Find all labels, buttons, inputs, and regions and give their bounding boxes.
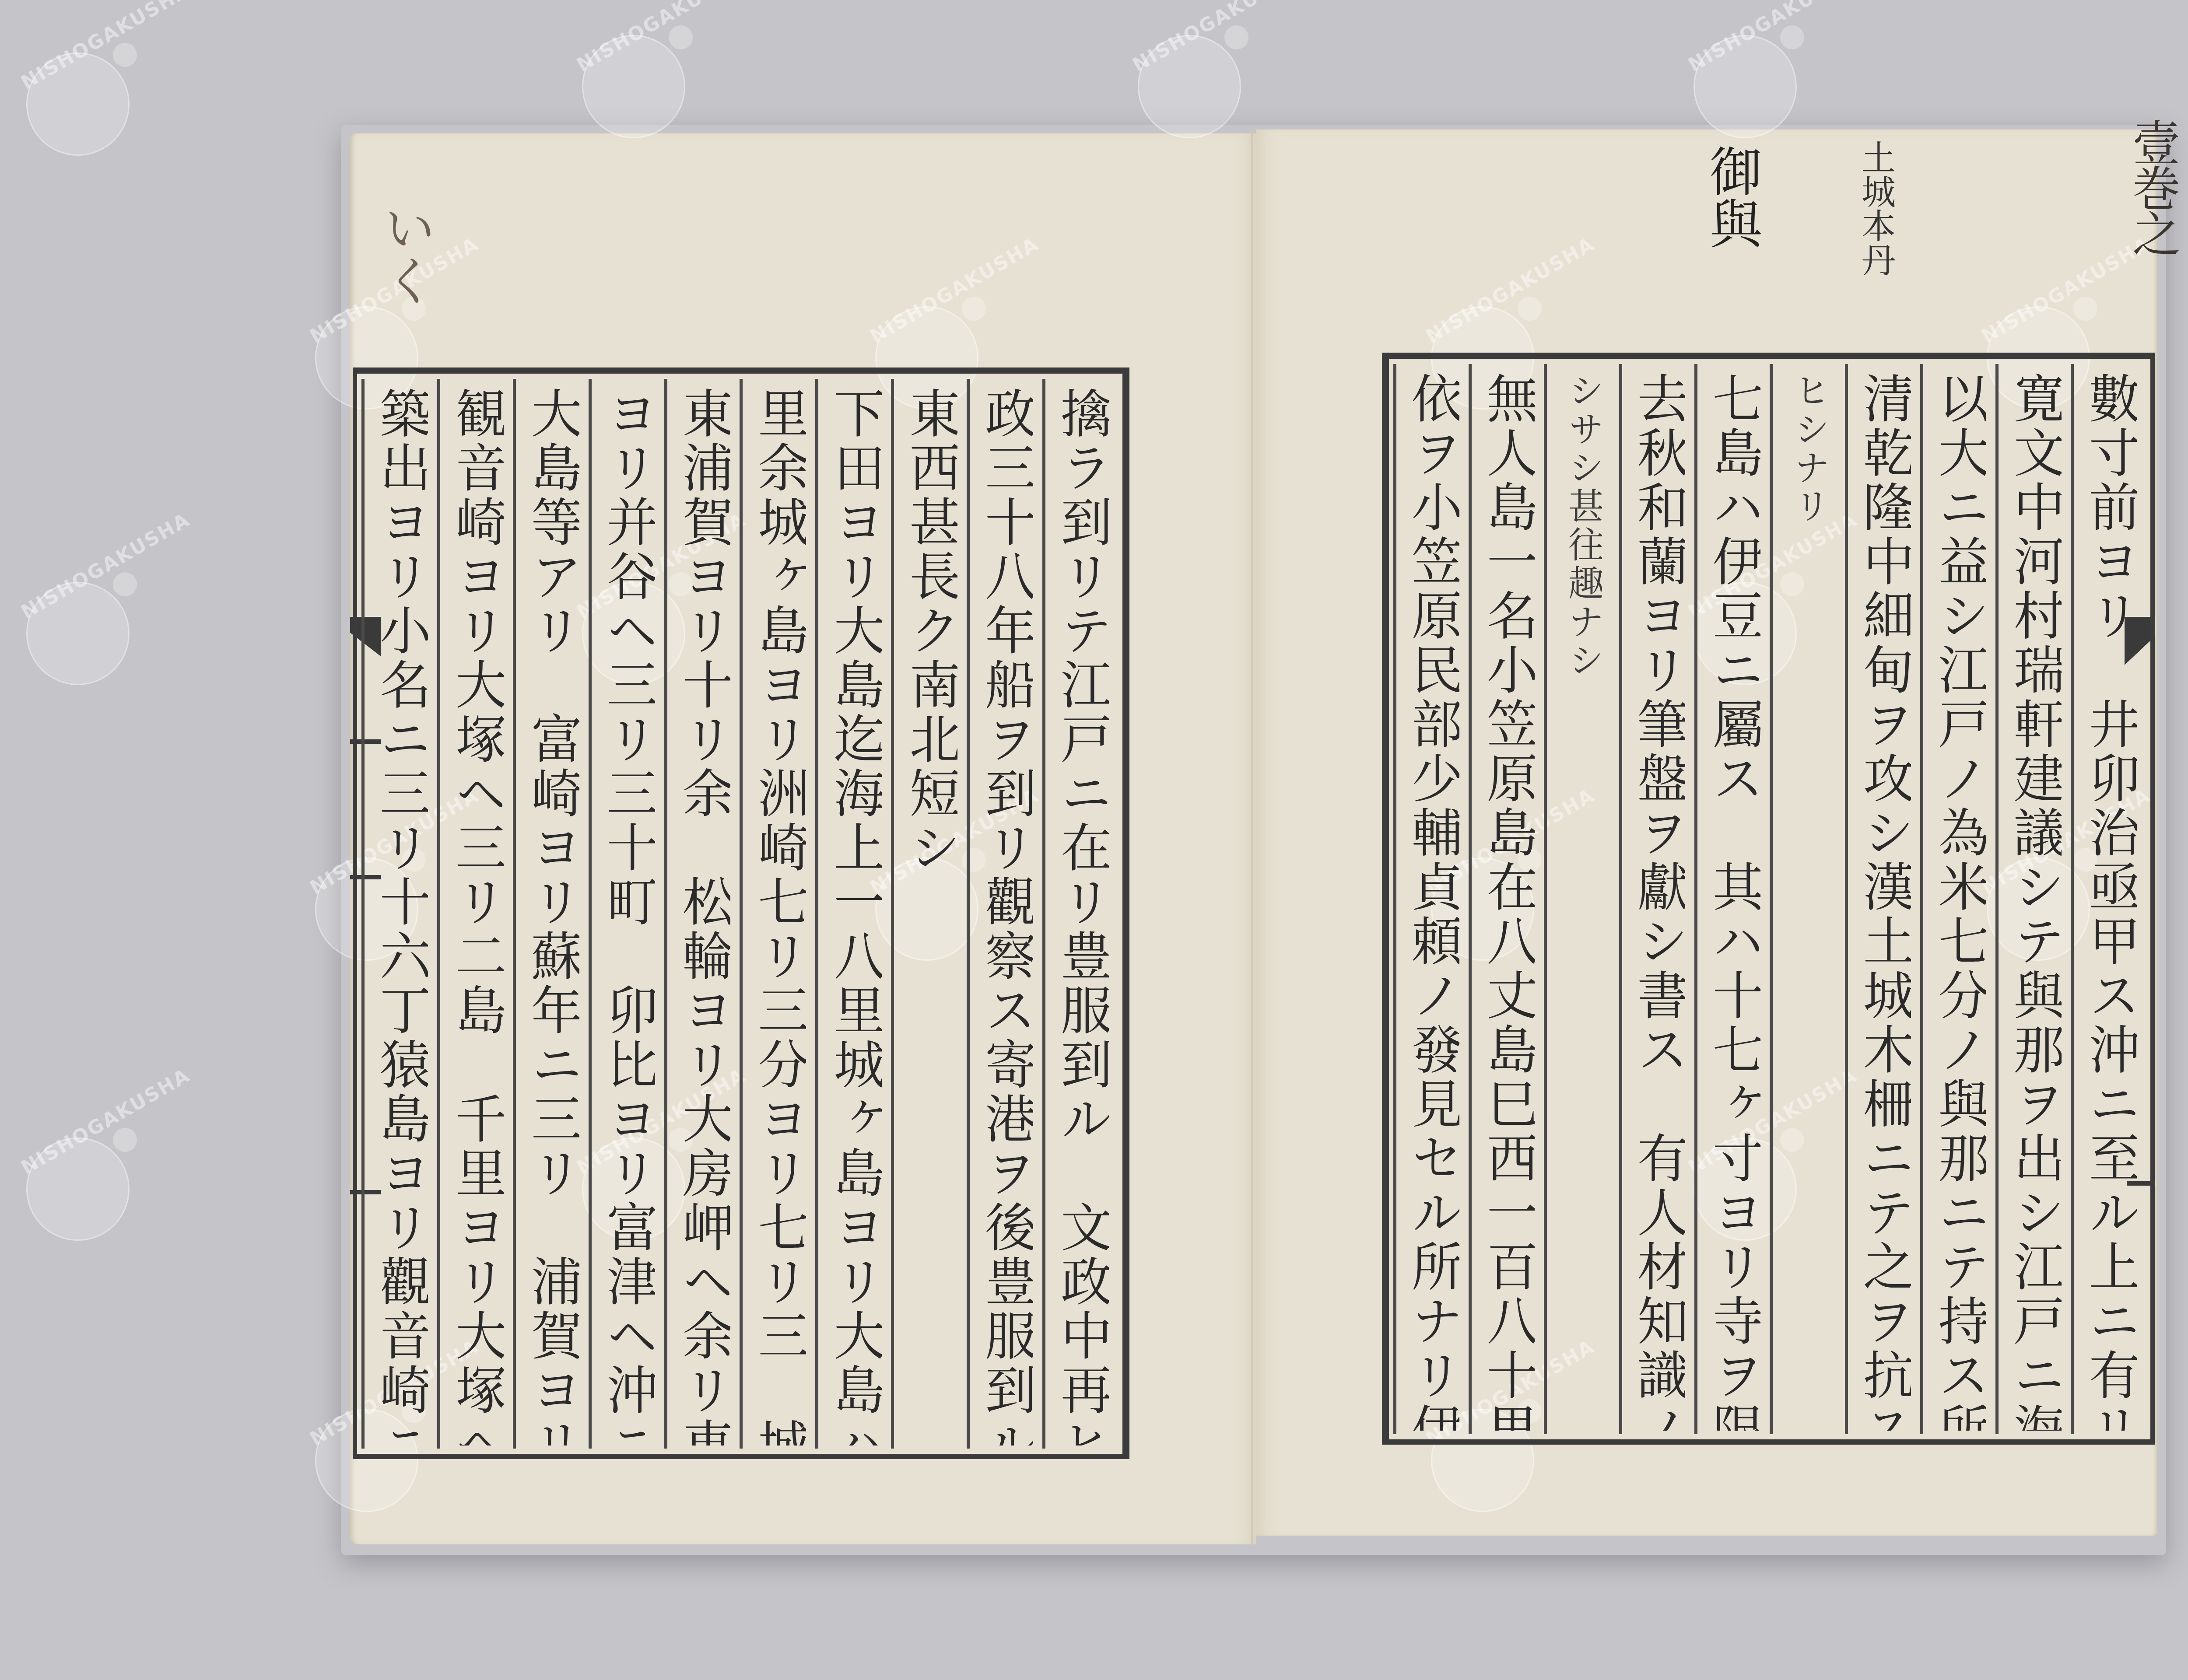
text-column: 以大ニ益シ江戸ノ為米七分ノ與那ニテ持ス所ノ者ナリ — [1920, 364, 1995, 1434]
text-column: 數寸前ヨリ 井卯治亟甲ス沖ニ至ル上ニ有リ — [2071, 364, 2146, 1434]
text-column: 政三十八年船ヲ到リ觀察ス寄港ヲ後豊服到ル 寄佛舟ニ周四十五六里 — [967, 379, 1042, 1449]
text-column: 観音崎ヨリ大塚ヘ三リ二島 千里ヨリ大塚ヘ三リ三町 守地ニリ三十丁余 — [437, 379, 513, 1449]
watermark-logo-icon: NISHOGAKUSHA — [26, 1137, 130, 1241]
watermark-logo-icon: NISHOGAKUSHA — [26, 52, 130, 156]
left-page-text-frame: 擒ラ到リテ江戸ニ在リ豊服到ル 文政中再ヒ長崎ニ来リ港ニ鎮ス 政三十八年船ヲ到リ觀… — [353, 367, 1129, 1459]
text-column: ヨリ并谷ヘ三リ三十町 卯比ヨリ富津ヘ沖ニ出テ大島ヘ相模國大磯島 — [589, 379, 664, 1449]
text-column: 下田ヨリ大島迄海上一八里城ヶ島ヨリ大島ハ凡八 — [815, 379, 891, 1449]
text-column: ヒシナリ — [1770, 364, 1845, 1434]
text-column: 東西甚長ク南北短シ — [891, 379, 967, 1449]
right-page-volume-note: 壹巻之 — [2118, 118, 2187, 255]
left-page-margin-note: いく — [368, 201, 443, 306]
text-column: 擒ラ到リテ江戸ニ在リ豊服到ル 文政中再ヒ長崎ニ来リ港ニ鎮ス — [1042, 379, 1118, 1449]
text-column: 築出ヨリ小名ニ三リ十六丁猿島ヨリ觀音崎ニ一リ深田ヘ二十丁余周囲六百卅間 — [361, 379, 437, 1449]
text-column: 去秋和蘭ヨリ筆盤ヲ獻シ書ス 有人材知識ノ者ヲ以テ界ス — [1619, 364, 1694, 1434]
text-column: 東浦賀ヨリ十リ余 松輪ヨリ大房岬ヘ余リ東浦賀ヨリ七リ夕錦 — [664, 379, 740, 1449]
watermark-logo-icon: NISHOGAKUSHA — [1138, 35, 1241, 138]
text-column: 依ヲ小笠原民部少輔貞頼ノ發見セル所ナリ伊豆ノ南ニ載ス — [1393, 364, 1469, 1434]
right-page-heading-note: 御與 — [1694, 144, 1769, 249]
text-column: 里余城ヶ島ヨリ洲崎七リ三分ヨリ七リ三 城ヶ嶋ヨリ七リ — [740, 379, 815, 1449]
text-column: 無人島一名小笠原島在八丈島巳西一百八十里方禄中信州浮志 — [1469, 364, 1544, 1434]
text-column: 清乾隆中細甸ヲ攻シ漢土城木柵ニテ之ヲ抗スル事鮮シ然シテ大ニ敗ル之事 — [1845, 364, 1920, 1434]
watermark-logo-icon: NISHOGAKUSHA — [582, 35, 685, 138]
right-page-margin-note: 土城本丹 — [1851, 140, 1900, 276]
text-column: 大島等アリ 富崎ヨリ蘇年ニ三リ 浦賀ヨリ神奈川ヘ海奈川ヘ道公 — [513, 379, 589, 1449]
text-column: 寛文中河村瑞軒建議シテ與那ヲ出シ江戸ニ海運シテ大ニ南 — [1995, 364, 2071, 1434]
right-page-text-frame: 數寸前ヨリ 井卯治亟甲ス沖ニ至ル上ニ有リ 寛文中河村瑞軒建議シテ與那ヲ出シ江戸ニ… — [1382, 353, 2155, 1445]
watermark-logo-icon: NISHOGAKUSHA — [26, 582, 130, 685]
text-column: 七島ハ伊豆ニ屬ス 其ハ十七ヶ寸ヨリ寺ヲ限ル — [1694, 364, 1770, 1434]
watermark-logo-icon: NISHOGAKUSHA — [1694, 35, 1797, 138]
text-column: シサシ甚往趣ナシ — [1544, 364, 1619, 1434]
book-gutter-fold — [1251, 131, 1253, 1544]
